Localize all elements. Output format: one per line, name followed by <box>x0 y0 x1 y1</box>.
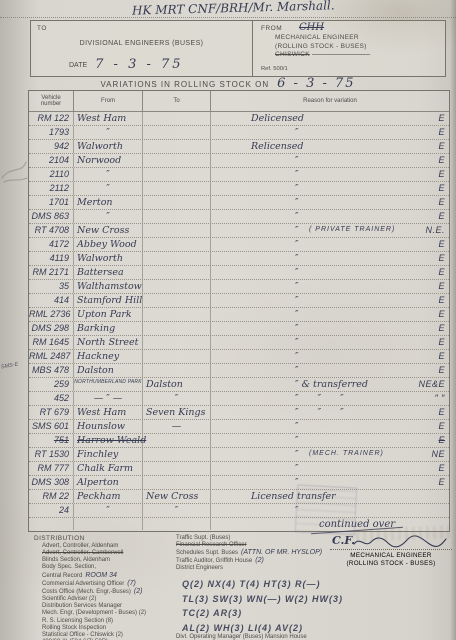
distribution-lines: Advert, Controller, AldenhamAdvert, Cont… <box>34 543 176 640</box>
reason-cell: ″( PRIVATE TRAINER)N.E. <box>211 224 449 237</box>
from-garage: Stamford Hill <box>74 294 143 307</box>
col-header-reason: Reason for variation <box>211 91 449 111</box>
handwritten-addition: (7) <box>127 580 136 587</box>
to-garage: ″ <box>143 504 211 517</box>
distribution-item-text: Advert, Controller, Camberwell <box>42 550 123 556</box>
from-garage: Harrow Weald <box>74 434 143 447</box>
status-code: NE <box>431 449 445 459</box>
distribution-item-text: Central Record <box>42 573 82 579</box>
signatory-role-1: MECHANICAL ENGINEER <box>330 552 452 560</box>
recipient-item-text: Traffic Supt. (Buses) <box>176 535 230 541</box>
vehicle-number: 2104 <box>29 154 74 167</box>
to-garage <box>143 308 211 321</box>
to-garage <box>143 238 211 251</box>
distribution-item-text: Commercial Advertising Officer <box>42 581 124 587</box>
reason-note: ( PRIVATE TRAINER) <box>309 226 395 233</box>
from-line-3: CHISWICK <box>275 51 370 60</box>
reason-cell: ″E <box>211 462 449 475</box>
from-address: MECHANICAL ENGINEER (ROLLING STOCK - BUS… <box>275 34 370 60</box>
status-code: E <box>438 477 445 487</box>
recipient-item: Traffic Supt. (Buses) <box>176 535 346 542</box>
distribution-item-text: Rolling Stock Inspection <box>42 625 106 631</box>
header-from-cell: FROM CHH MECHANICAL ENGINEER (ROLLING ST… <box>253 21 445 76</box>
garage-allocations-handwritten: Q(2) NX(4) T(4) HT(3) R(—)TL(3) SW(3) WN… <box>182 577 343 635</box>
handwritten-addition: ROOM 34 <box>85 572 117 579</box>
from-garage: Battersea <box>74 266 143 279</box>
status-code: E <box>438 351 445 361</box>
handwritten-addition: (2) <box>134 588 143 595</box>
from-garage: Norwood <box>74 154 143 167</box>
from-garage: ″ <box>74 210 143 223</box>
reason-text: ″ <box>295 168 299 181</box>
from-garage: West Ham <box>74 406 143 419</box>
recipient-item: District Engineers <box>176 565 346 572</box>
to-garage <box>143 462 211 475</box>
reason-text: ″ <box>295 336 299 349</box>
from-garage: NORTHUMBERLAND PARK <box>74 378 143 391</box>
allocation-line: Q(2) NX(4) T(4) HT(3) R(—) <box>182 577 343 592</box>
table-body: RM 122West HamDelicensedE1793″″E942Walwo… <box>29 112 449 530</box>
reason-text: ″ <box>295 126 299 139</box>
reason-text: ″ <box>295 252 299 265</box>
reason-cell: ″ ″ ″″ ″ <box>211 392 449 405</box>
vehicle-number: RT 4708 <box>29 224 74 237</box>
reason-text: ″ <box>295 224 299 237</box>
signatory-role-2: (ROLLING STOCK - BUSES) <box>330 560 452 568</box>
reason-cell: ″ ″ ″E <box>211 406 449 419</box>
reason-text: ″ <box>295 280 299 293</box>
reason-cell: ″E <box>211 434 449 447</box>
from-line-2: (ROLLING STOCK - BUSES) <box>275 43 370 52</box>
vehicle-number: MBS 478 <box>29 364 74 377</box>
distribution-item: Body Spec. Section, <box>34 564 176 571</box>
reason-cell: ″E <box>211 420 449 433</box>
to-garage <box>143 364 211 377</box>
vehicle-number: RM 1645 <box>29 336 74 349</box>
reason-cell: ″E <box>211 196 449 209</box>
status-code: E <box>438 463 445 473</box>
from-garage: Walthamstow <box>74 280 143 293</box>
vehicle-number: 24 <box>29 504 74 517</box>
to-garage: Dalston <box>143 378 211 391</box>
to-garage <box>143 168 211 181</box>
vehicle-number: 35 <box>29 280 74 293</box>
reason-cell: ″E <box>211 238 449 251</box>
from-garage: Hounslow <box>74 420 143 433</box>
allocation-line: AL(2) WH(3) LI(4) AV(2) <box>182 621 343 636</box>
to-garage <box>143 434 211 447</box>
table-row: 1701Merton″E <box>29 196 449 210</box>
distribution-item-text: Scientific Adviser (2) <box>42 596 96 602</box>
distribution-item: Costs Office (Mech. Engr,-Buses)(2) <box>34 588 176 596</box>
status-code: N.E. <box>425 225 445 235</box>
reason-text: ″ & transferred <box>295 378 368 391</box>
distribution-item: Advert, Controller, Camberwell <box>34 550 176 557</box>
distribution-item: Scientific Adviser (2) <box>34 596 176 603</box>
from-garage: Hackney <box>74 350 143 363</box>
to-garage <box>143 224 211 237</box>
table-row: 259NORTHUMBERLAND PARKDalston″ & transfe… <box>29 378 449 392</box>
distribution-item: Blinds Section, Aldenham <box>34 557 176 564</box>
from-garage: Walworth <box>74 252 143 265</box>
reason-note: (MECH. TRAINER) <box>309 450 384 457</box>
recipient-item: Traffic Auditor, Griffith House(2) <box>176 557 346 565</box>
to-garage <box>143 350 211 363</box>
from-garage: ″ <box>74 168 143 181</box>
table-header-row: Vehiclenumber From To Reason for variati… <box>29 91 449 112</box>
page-edge-shadow <box>450 0 456 640</box>
distribution-item-text: Costs Office (Mech. Engr,-Buses) <box>42 589 131 595</box>
reason-text: ″ <box>295 308 299 321</box>
table-row: 942WalworthRelicensedE <box>29 140 449 154</box>
from-garage: Barking <box>74 322 143 335</box>
reason-cell: ″E <box>211 210 449 223</box>
from-garage: — ″ — <box>74 392 143 405</box>
reason-cell: ″(MECH. TRAINER)NE <box>211 448 449 461</box>
status-code: E <box>438 295 445 305</box>
table-row: RM 122West HamDelicensedE <box>29 112 449 126</box>
reason-cell: ″E <box>211 336 449 349</box>
vehicle-number: RM 777 <box>29 462 74 475</box>
reason-text: ″ <box>295 182 299 195</box>
distribution-item-text: Blinds Section, Aldenham <box>42 557 110 563</box>
vehicle-number: 452 <box>29 392 74 405</box>
status-code: NE&E <box>418 379 445 389</box>
allocation-line: TL(3) SW(3) WN(—) W(2) HW(3) <box>182 592 343 607</box>
from-garage: Finchley <box>74 448 143 461</box>
reason-cell: ″E <box>211 126 449 139</box>
reason-cell: ″E <box>211 308 449 321</box>
handwritten-addition: (ATTN. OF MR. HYSLOP) <box>241 549 322 556</box>
to-garage <box>143 280 211 293</box>
reason-cell: ″E <box>211 154 449 167</box>
ref-number: Ref. 500/1 <box>261 66 288 72</box>
vehicle-number: RML 2487 <box>29 350 74 363</box>
status-code: E <box>438 155 445 165</box>
reason-text: ″ ″ ″ <box>295 406 344 419</box>
from-garage: Merton <box>74 196 143 209</box>
status-code: E <box>438 365 445 375</box>
to-garage <box>143 126 211 139</box>
to-garage <box>143 154 211 167</box>
to-garage <box>143 518 211 530</box>
to-garage <box>143 266 211 279</box>
from-garage: Dalston <box>74 364 143 377</box>
table-row: 1793″″E <box>29 126 449 140</box>
status-code: ″ ″ <box>435 393 445 403</box>
vehicle-number: 1701 <box>29 196 74 209</box>
distribution-item-text: Body Spec. Section, <box>42 564 96 570</box>
recipient-item: Financial Research Officer <box>176 542 346 549</box>
to-garage <box>143 196 211 209</box>
reason-cell: ″E <box>211 280 449 293</box>
table-row: RM 22PeckhamNew CrossLicensed transfer <box>29 490 449 504</box>
distribution-item-text: Advert, Controller, Aldenham <box>42 543 118 549</box>
table-row: RT 679West HamSeven Kings″ ″ ″E <box>29 406 449 420</box>
from-line-1: MECHANICAL ENGINEER <box>275 34 370 43</box>
col-header-from: From <box>74 91 143 111</box>
vehicle-number: 2112 <box>29 182 74 195</box>
manager-line: Divl. Operating Manager (Buses) Mansion … <box>176 634 307 640</box>
table-row: RM 2171Battersea″E <box>29 266 449 280</box>
to-label: TO <box>37 25 47 32</box>
vehicle-number: DMS 863 <box>29 210 74 223</box>
reason-text: ″ <box>295 434 299 447</box>
reason-cell: ″E <box>211 252 449 265</box>
date-row: DATE7 - 3 - 75 <box>69 56 184 71</box>
date-handwritten: 7 - 3 - 75 <box>95 57 183 72</box>
reason-text: ″ <box>295 266 299 279</box>
status-code: E <box>438 127 445 137</box>
col-header-vehicle: Vehiclenumber <box>29 91 74 111</box>
reason-cell: ″E <box>211 322 449 335</box>
status-code: E <box>438 253 445 263</box>
to-garage <box>143 476 211 489</box>
stamp-artifact <box>295 484 357 535</box>
table-row: 4172Abbey Wood″E <box>29 238 449 252</box>
reason-text: ″ <box>295 364 299 377</box>
table-row: SMS 601Hounslow—″E <box>29 420 449 434</box>
from-note-handwritten: CHH <box>299 22 324 33</box>
table-row: DMS 298Barking″E <box>29 322 449 336</box>
table-row: RM 1645North Street″E <box>29 336 449 350</box>
reason-cell: ″E <box>211 168 449 181</box>
reason-cell: ″E <box>211 266 449 279</box>
to-garage <box>143 336 211 349</box>
variations-table: Vehiclenumber From To Reason for variati… <box>28 90 450 532</box>
reason-cell: ″E <box>211 364 449 377</box>
from-garage: Walworth <box>74 140 143 153</box>
recipient-lines: Traffic Supt. (Buses)Financial Research … <box>176 535 346 572</box>
to-garage: New Cross <box>143 490 211 503</box>
to-garage: Seven Kings <box>143 406 211 419</box>
status-code: E <box>438 407 445 417</box>
table-row: RML 2487Hackney″E <box>29 350 449 364</box>
from-garage: West Ham <box>74 112 143 125</box>
reason-cell: ″ & transferredNE&E <box>211 378 449 391</box>
from-garage: New Cross <box>74 224 143 237</box>
table-row: 2112″″E <box>29 182 449 196</box>
header-to-cell: TO DIVISIONAL ENGINEERS (BUSES) DATE7 - … <box>31 21 253 76</box>
status-code: E <box>438 141 445 151</box>
vehicle-number: RM 2171 <box>29 266 74 279</box>
reason-text: ″ <box>295 196 299 209</box>
from-garage: ″ <box>74 126 143 139</box>
reason-text: ″ <box>295 322 299 335</box>
vehicle-number: 4119 <box>29 252 74 265</box>
vehicle-number <box>29 518 74 530</box>
reason-text: ″ ″ ″ <box>295 392 344 405</box>
recipient-item-text: District Engineers <box>176 565 223 571</box>
recipient-item: Schedules Supt. Buses(ATTN. OF MR. HYSLO… <box>176 549 346 557</box>
from-garage: Alperton <box>74 476 143 489</box>
handwritten-addition: (2) <box>255 557 264 564</box>
vehicle-number: RML 2736 <box>29 308 74 321</box>
reason-cell: ″E <box>211 182 449 195</box>
reason-text: ″ <box>295 294 299 307</box>
reason-text: ″ <box>295 154 299 167</box>
reason-text: ″ <box>295 420 299 433</box>
title-date-handwritten: 6 - 3 - 75 <box>277 76 355 91</box>
vehicle-number: RT 679 <box>29 406 74 419</box>
reason-text: Delicensed <box>251 112 304 125</box>
vehicle-number: DMS 298 <box>29 322 74 335</box>
table-row: MBS 478Dalston″E <box>29 364 449 378</box>
table-row: RT 1530Finchley″(MECH. TRAINER)NE <box>29 448 449 462</box>
vehicle-number: 751 <box>29 434 74 447</box>
table-row: 4119Walworth″E <box>29 252 449 266</box>
table-row: 414Stamford Hill″E <box>29 294 449 308</box>
status-code: E <box>438 169 445 179</box>
reason-text: ″ <box>295 350 299 363</box>
distribution-item-text: Distribution Services Manager <box>42 603 122 609</box>
scanned-document-page: HK MRT CNF/BRH/Mr. Marshall. TO DIVISION… <box>0 0 456 640</box>
table-row: 2110″″E <box>29 168 449 182</box>
to-garage <box>143 322 211 335</box>
distribution-item: Distribution Services Manager <box>34 603 176 610</box>
top-rule <box>0 17 456 18</box>
distribution-item: Mech. Engr, (Development - Buses) (2) <box>34 610 176 617</box>
vehicle-number: 4172 <box>29 238 74 251</box>
col-header-to: To <box>143 91 211 111</box>
reason-text: ″ <box>295 462 299 475</box>
table-row: DMS 308Alperton″E <box>29 476 449 490</box>
margin-note-handwritten: SMS-E <box>1 362 19 371</box>
status-code: E <box>438 113 445 123</box>
vehicle-number: 259 <box>29 378 74 391</box>
from-garage: Peckham <box>74 490 143 503</box>
vehicle-number: 1793 <box>29 126 74 139</box>
distribution-item: R. S. Licensing Section (8) <box>34 618 176 625</box>
distribution-item-text: Statistical Office - Chiswick (2) <box>42 632 123 638</box>
status-code: E <box>438 197 445 207</box>
status-code: E <box>438 211 445 221</box>
status-code: E <box>438 267 445 277</box>
to-value: DIVISIONAL ENGINEERS (BUSES) <box>31 40 252 47</box>
distribution-title: DISTRIBUTION <box>34 535 176 542</box>
to-garage <box>143 294 211 307</box>
vehicle-number: RM 122 <box>29 112 74 125</box>
reason-cell: RelicensedE <box>211 140 449 153</box>
reason-text: ″ <box>295 238 299 251</box>
recipient-item-text: Traffic Auditor, Griffith House <box>176 558 252 564</box>
table-row: 2104Norwood″E <box>29 154 449 168</box>
to-garage <box>143 140 211 153</box>
header-box: TO DIVISIONAL ENGINEERS (BUSES) DATE7 - … <box>30 20 446 77</box>
distribution-item-text: Mech. Engr, (Development - Buses) (2) <box>42 610 146 616</box>
vehicle-number: DMS 308 <box>29 476 74 489</box>
to-garage <box>143 182 211 195</box>
status-code: E <box>438 323 445 333</box>
routing-note-handwritten: HK MRT CNF/BRH/Mr. Marshall. <box>132 0 335 18</box>
strike-line <box>312 54 370 55</box>
table-row: 751Harrow Weald″E <box>29 434 449 448</box>
to-garage: — <box>143 420 211 433</box>
from-garage <box>74 518 143 530</box>
reason-text: ″ <box>295 210 299 223</box>
vehicle-number: 2110 <box>29 168 74 181</box>
vehicle-number: RM 22 <box>29 490 74 503</box>
distribution-item: Rolling Stock Inspection <box>34 625 176 632</box>
reason-text: ″ <box>295 448 299 461</box>
status-code: E <box>438 309 445 319</box>
footer: DISTRIBUTION Advert, Controller, Aldenha… <box>0 533 456 640</box>
reason-cell: ″E <box>211 294 449 307</box>
status-code: E <box>438 421 445 431</box>
from-garage: Abbey Wood <box>74 238 143 251</box>
from-label: FROM <box>261 25 282 32</box>
vehicle-number: 942 <box>29 140 74 153</box>
to-garage: ″ <box>143 392 211 405</box>
from-garage: Upton Park <box>74 308 143 321</box>
date-label: DATE <box>69 62 87 69</box>
recipient-item-text: Financial Research Officer <box>176 542 247 548</box>
to-garage <box>143 210 211 223</box>
table-row: RT 4708New Cross″( PRIVATE TRAINER)N.E. <box>29 224 449 238</box>
reason-cell: DelicensedE <box>211 112 449 125</box>
table-row: 35Walthamstow″E <box>29 280 449 294</box>
distribution-list: DISTRIBUTION Advert, Controller, Aldenha… <box>34 535 176 640</box>
table-row: 24″″″ <box>29 504 449 518</box>
from-garage: Chalk Farm <box>74 462 143 475</box>
table-row: DMS 863″″E <box>29 210 449 224</box>
distribution-item: Central RecordROOM 34 <box>34 572 176 580</box>
status-code: E <box>438 337 445 347</box>
distribution-item-text: R. S. Licensing Section (8) <box>42 618 113 624</box>
status-code: E <box>438 281 445 291</box>
pencil-mark-artifact <box>0 148 30 188</box>
vehicle-number: 414 <box>29 294 74 307</box>
reason-cell: ″E <box>211 350 449 363</box>
to-garage <box>143 112 211 125</box>
distribution-item: Commercial Advertising Officer(7) <box>34 580 176 588</box>
from-garage: ″ <box>74 182 143 195</box>
from-garage: North Street <box>74 336 143 349</box>
allocation-line: TC(2) AR(3) <box>182 606 343 621</box>
vehicle-number: SMS 601 <box>29 420 74 433</box>
status-code: E <box>438 183 445 193</box>
table-row: RM 777Chalk Farm″E <box>29 462 449 476</box>
title-printed: VARIATIONS IN ROLLING STOCK ON <box>100 80 269 89</box>
distribution-item: Statistical Office - Chiswick (2) <box>34 632 176 639</box>
from-line-3-text: CHISWICK <box>275 51 310 58</box>
status-code: E <box>438 239 445 249</box>
distribution-item: Advert, Controller, Aldenham <box>34 543 176 550</box>
from-garage: ″ <box>74 504 143 517</box>
recipients-list: Traffic Supt. (Buses)Financial Research … <box>176 535 346 572</box>
table-row: RML 2736Upton Park″E <box>29 308 449 322</box>
to-garage <box>143 252 211 265</box>
vehicle-number: RT 1530 <box>29 448 74 461</box>
table-row: 452— ″ —″″ ″ ″″ ″ <box>29 392 449 406</box>
to-garage <box>143 448 211 461</box>
recipient-item-text: Schedules Supt. Buses <box>176 550 238 556</box>
reason-text: Relicensed <box>251 140 304 153</box>
status-code: E <box>438 435 445 445</box>
